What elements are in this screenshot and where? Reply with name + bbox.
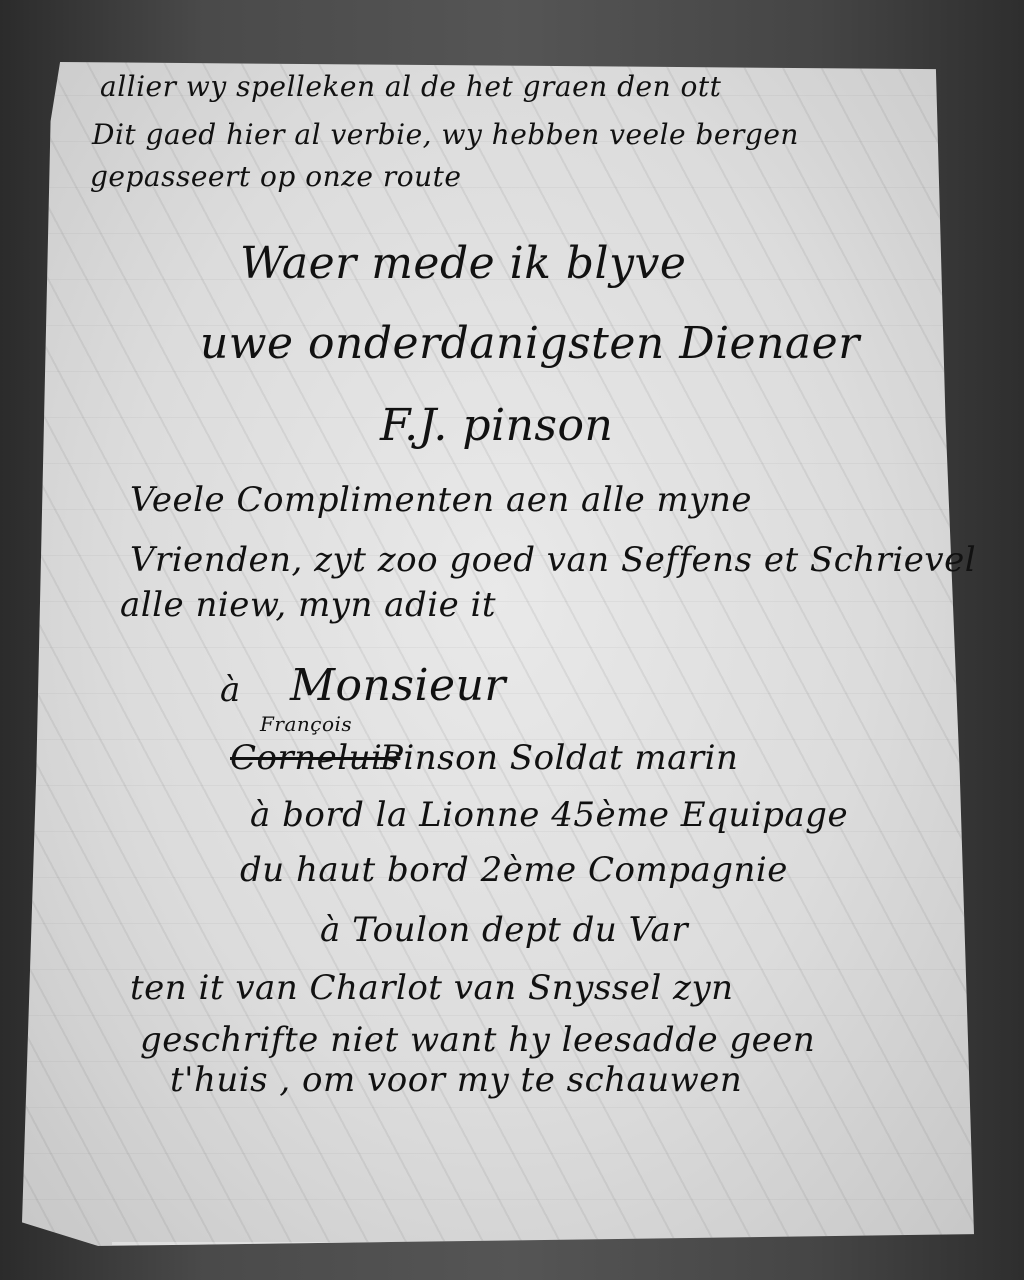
continuation-line-2: Dit gaed hier al verbie, wy hebben veele… xyxy=(92,118,799,151)
closing-line-1: Waer mede ik blyve xyxy=(240,238,686,289)
continuation-line-1: allier wy spelleken al de het graen den … xyxy=(100,70,721,103)
address-line-2: à bord la Lionne 45ème Equipage xyxy=(250,795,848,835)
address-a: à xyxy=(220,670,241,710)
postscript-line-3: alle niew, myn adie it xyxy=(120,585,496,625)
address-title: Monsieur xyxy=(290,660,506,711)
continuation-line-3: gepasseert op onze route xyxy=(90,160,461,193)
postscript-line-2: Vrienden, zyt zoo goed van Seffens et Sc… xyxy=(130,540,976,580)
address-struck-name: Corneluis xyxy=(230,738,400,778)
address-inserted-name: François xyxy=(260,712,352,736)
footnote-line-1: ten it van Charlot van Snyssel zyn xyxy=(130,968,734,1008)
address-line-3: du haut bord 2ème Compagnie xyxy=(240,850,788,890)
address-line-1: Pinson Soldat marin xyxy=(380,738,738,778)
footnote-line-2: geschrifte niet want hy leesadde geen xyxy=(140,1020,815,1060)
closing-line-2: uwe onderdanigsten Dienaer xyxy=(200,318,860,369)
postscript-line-1: Veele Complimenten aen alle myne xyxy=(130,480,752,520)
address-line-4: à Toulon dept du Var xyxy=(320,910,688,950)
signature: F.J. pinson xyxy=(380,400,613,451)
footnote-line-3: t'huis , om voor my te schauwen xyxy=(170,1060,742,1100)
